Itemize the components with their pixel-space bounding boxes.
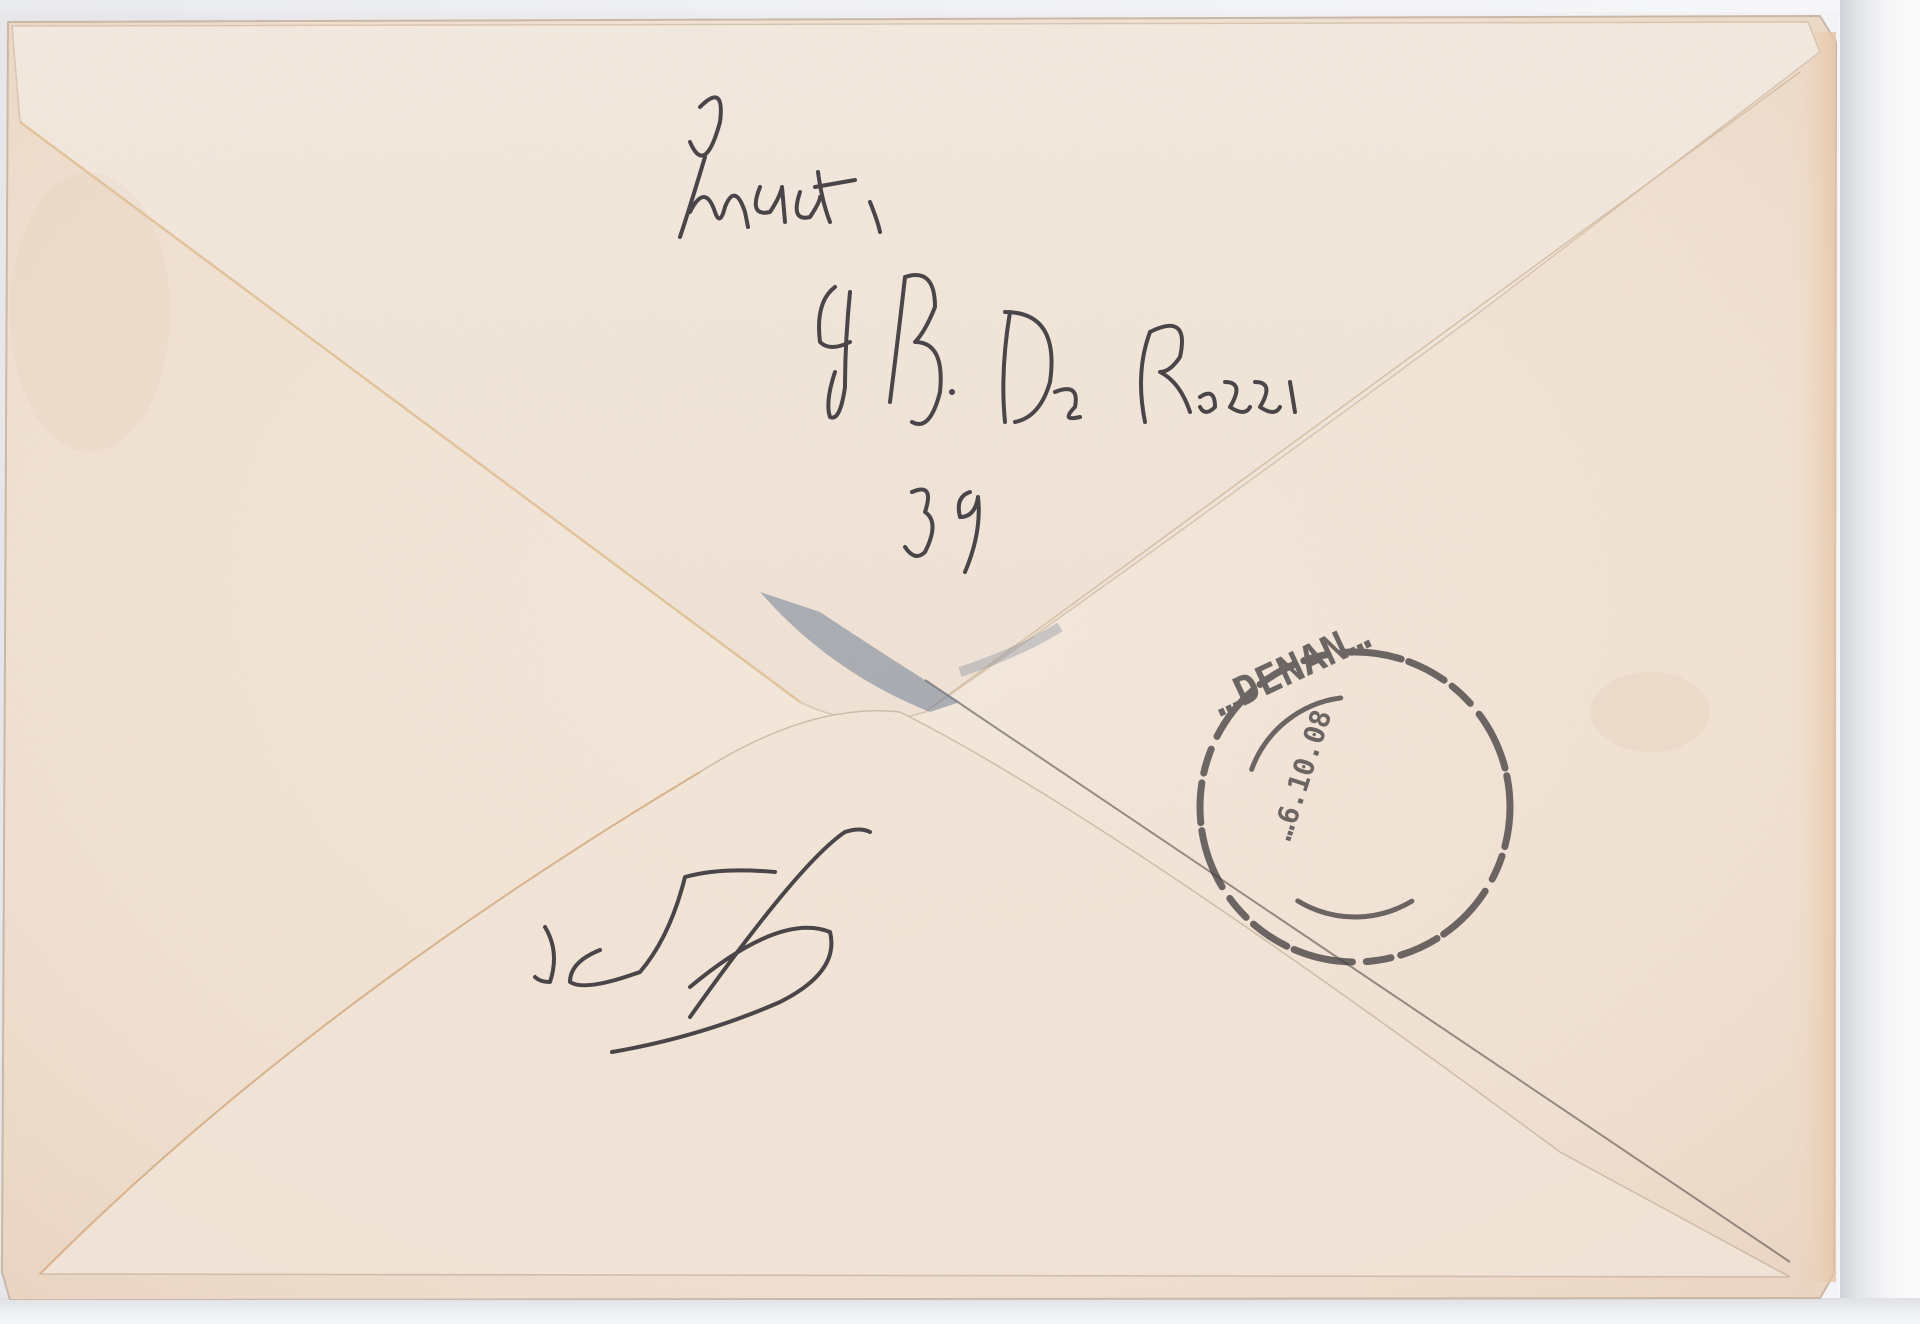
envelope: …DENAN… …6.10.08 bbox=[0, 12, 1838, 1300]
scanner-edge-bottom bbox=[0, 1298, 1920, 1324]
scanner-edge-right bbox=[1840, 0, 1920, 1324]
